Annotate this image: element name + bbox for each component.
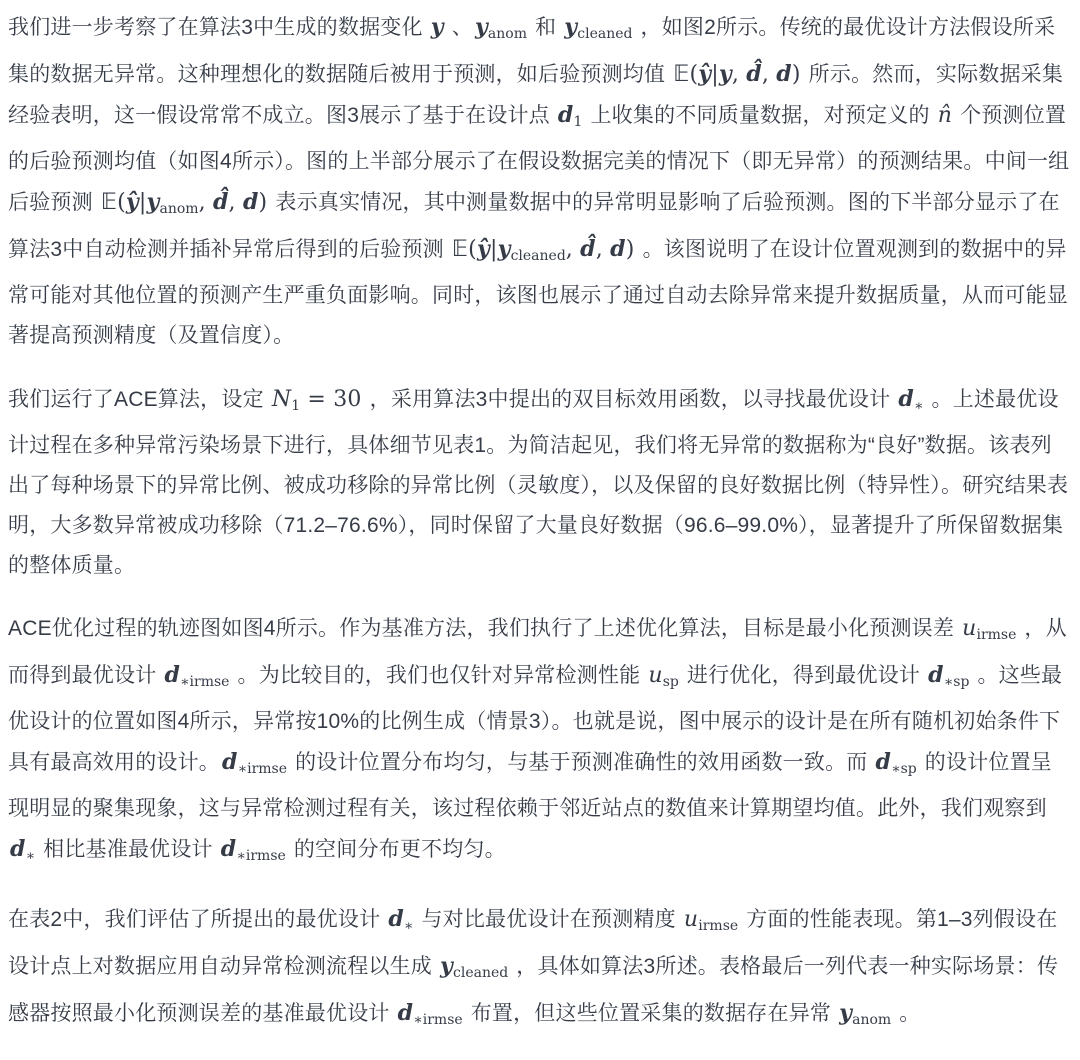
math-token: ( bbox=[117, 190, 126, 215]
math-token: y bbox=[440, 953, 453, 979]
math-token: d bbox=[558, 102, 574, 128]
math-token: d bbox=[776, 61, 792, 87]
math-token: 𝔼 bbox=[452, 237, 468, 262]
inline-math: yanom bbox=[837, 1001, 893, 1026]
math-token: y bbox=[839, 1000, 852, 1026]
text-run: 的设计位置分布均匀，与基于预测准确性的效用函数一致。而 bbox=[289, 751, 873, 774]
math-token: , bbox=[229, 190, 243, 215]
inline-math: d∗irmse bbox=[220, 750, 289, 775]
math-token: cleaned bbox=[453, 965, 508, 981]
math-token: d bbox=[164, 662, 180, 688]
math-token: d bbox=[876, 749, 892, 775]
math-token: , bbox=[732, 62, 746, 87]
math-token: ∗sp bbox=[891, 761, 917, 777]
math-token: d bbox=[610, 236, 626, 262]
math-token: d bbox=[388, 906, 404, 932]
math-token: y bbox=[564, 14, 577, 40]
math-token: ∗ bbox=[914, 398, 924, 414]
math-token: 1 bbox=[291, 398, 300, 414]
inline-math: 𝔼(ŷ|y, d̂, d) bbox=[671, 62, 802, 87]
inline-math: d∗irmse bbox=[396, 1001, 465, 1026]
math-token: anom bbox=[852, 1012, 891, 1028]
inline-math: d∗irmse bbox=[162, 663, 231, 688]
inline-math: n̂ bbox=[936, 103, 954, 128]
math-token: ∗ bbox=[404, 918, 414, 934]
math-token: | bbox=[139, 190, 147, 215]
math-token: anom bbox=[488, 26, 527, 42]
paragraph: 我们进一步考察了在算法3中生成的数据变化 y 、yanom 和 ycleaned… bbox=[8, 7, 1070, 356]
math-token: y bbox=[431, 14, 444, 40]
math-token: irmse bbox=[698, 918, 738, 934]
inline-math: yanom bbox=[473, 15, 529, 40]
math-token: d̂ bbox=[580, 236, 596, 262]
text-run: 布置，但这些位置采集的数据存在异常 bbox=[465, 1002, 837, 1025]
text-run: 、 bbox=[446, 16, 473, 39]
text-run: 。为比较目的，我们也仅针对异常检测性能 bbox=[231, 664, 646, 687]
text-run: 和 bbox=[529, 16, 562, 39]
math-token: d̂ bbox=[213, 189, 229, 215]
math-token: ŷ bbox=[126, 189, 139, 215]
inline-math: d∗ bbox=[896, 387, 925, 412]
inline-math: uirmse bbox=[682, 907, 740, 932]
math-token: irmse bbox=[976, 627, 1016, 643]
math-token: u bbox=[684, 907, 698, 932]
math-token: d bbox=[398, 1000, 414, 1026]
math-token: | bbox=[490, 237, 498, 262]
inline-math: N1 = 30 bbox=[270, 387, 364, 412]
math-token: ŷ bbox=[698, 61, 711, 87]
inline-math: ycleaned bbox=[438, 954, 510, 979]
paragraph: ACE优化过程的轨迹图如图4所示。作为基准方法，我们执行了上述优化算法，目标是最… bbox=[8, 609, 1070, 876]
math-token: anom bbox=[159, 201, 198, 217]
inline-math: d∗irmse bbox=[219, 837, 288, 862]
math-token: ) bbox=[259, 190, 268, 215]
math-token: = 30 bbox=[300, 387, 361, 412]
math-token: , bbox=[762, 62, 776, 87]
math-token: | bbox=[711, 62, 719, 87]
inline-math: 𝔼(ŷ|yanom, d̂, d) bbox=[99, 190, 269, 215]
math-token: ∗irmse bbox=[238, 761, 287, 777]
paragraph: 我们运行了ACE算法，设定 N1 = 30 ，采用算法3中提出的双目标效用函数，… bbox=[8, 379, 1070, 586]
math-token: ∗irmse bbox=[413, 1012, 462, 1028]
math-token: 1 bbox=[574, 114, 583, 130]
inline-math: y bbox=[429, 15, 446, 40]
paragraph: 在表2中，我们评估了所提出的最优设计 d∗ 与对比最优设计在预测精度 uirms… bbox=[8, 899, 1070, 1040]
text-run: ACE优化过程的轨迹图如图4所示。作为基准方法，我们执行了上述优化算法，目标是最… bbox=[8, 617, 960, 640]
math-token: N bbox=[272, 387, 291, 412]
math-token: d̂ bbox=[746, 61, 762, 87]
math-token: d bbox=[10, 836, 26, 862]
math-token: cleaned bbox=[577, 26, 632, 42]
document-body: 我们进一步考察了在算法3中生成的数据变化 y 、yanom 和 ycleaned… bbox=[8, 7, 1070, 1040]
math-token: ( bbox=[468, 237, 477, 262]
inline-math: ycleaned bbox=[562, 15, 634, 40]
math-token: ∗ bbox=[26, 848, 36, 864]
math-token: ∗irmse bbox=[180, 674, 229, 690]
text-run: 我们进一步考察了在算法3中生成的数据变化 bbox=[8, 16, 429, 39]
math-token: sp bbox=[663, 674, 679, 690]
math-token: ∗sp bbox=[944, 674, 970, 690]
math-token: y bbox=[719, 61, 732, 87]
math-token: ) bbox=[626, 237, 635, 262]
math-token: 𝔼 bbox=[101, 190, 117, 215]
math-token: d bbox=[898, 386, 914, 412]
text-run: 。 bbox=[893, 1002, 920, 1025]
math-token: , bbox=[566, 237, 580, 262]
math-token: ) bbox=[792, 62, 801, 87]
math-token: ( bbox=[689, 62, 698, 87]
text-run: 相比基准最优设计 bbox=[37, 838, 219, 861]
text-run: 进行优化，得到最优设计 bbox=[681, 664, 926, 687]
math-token: , bbox=[596, 237, 610, 262]
math-token: cleaned bbox=[511, 248, 566, 264]
text-run: 与对比最优设计在预测精度 bbox=[415, 908, 681, 931]
math-token: d bbox=[243, 189, 259, 215]
math-token: ∗irmse bbox=[236, 848, 285, 864]
text-run: 。上述最优设计过程在多种异常污染场景下进行，具体细节见表1。为简洁起见，我们将无… bbox=[8, 388, 1068, 577]
text-run: 上收集的不同质量数据，对预定义的 bbox=[584, 104, 935, 127]
text-run: ，采用算法3中提出的双目标效用函数，以寻找最优设计 bbox=[364, 388, 897, 411]
text-run: 在表2中，我们评估了所提出的最优设计 bbox=[8, 908, 386, 931]
math-token: y bbox=[147, 189, 160, 215]
inline-math: 𝔼(ŷ|ycleaned, d̂, d) bbox=[450, 237, 637, 262]
math-token: d bbox=[928, 662, 944, 688]
inline-math: d∗sp bbox=[874, 750, 919, 775]
math-token: y bbox=[475, 14, 488, 40]
inline-math: d∗ bbox=[386, 907, 415, 932]
math-token: 𝔼 bbox=[673, 62, 689, 87]
math-token: d bbox=[221, 836, 237, 862]
math-token: n̂ bbox=[938, 103, 952, 128]
inline-math: uirmse bbox=[960, 616, 1018, 641]
math-token: y bbox=[498, 236, 511, 262]
inline-math: d1 bbox=[556, 103, 585, 128]
math-token: d bbox=[222, 749, 238, 775]
math-token: u bbox=[648, 663, 662, 688]
text-run: 的空间分布更不均匀。 bbox=[288, 838, 506, 861]
inline-math: usp bbox=[646, 663, 681, 688]
text-run: 我们运行了ACE算法，设定 bbox=[8, 388, 270, 411]
inline-math: d∗sp bbox=[926, 663, 971, 688]
math-token: u bbox=[962, 616, 976, 641]
math-token: , bbox=[199, 190, 213, 215]
inline-math: d∗ bbox=[8, 837, 37, 862]
math-token: ŷ bbox=[477, 236, 490, 262]
